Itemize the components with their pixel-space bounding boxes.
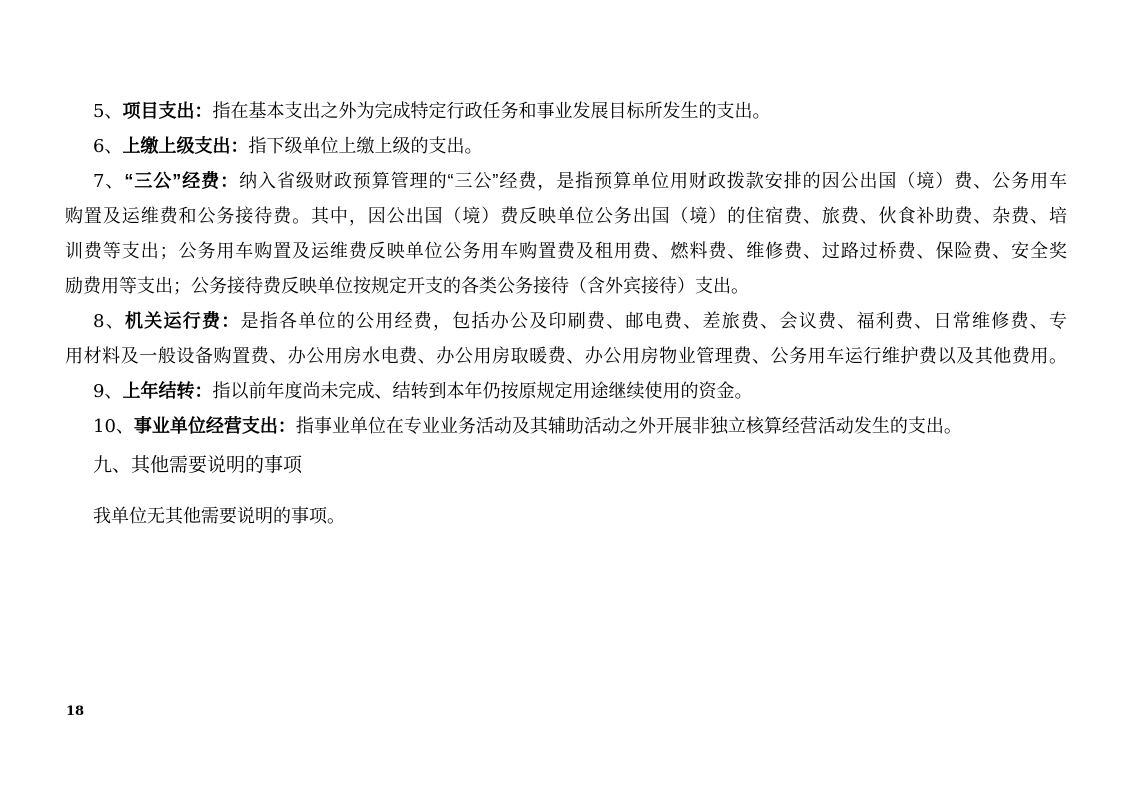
item-text-line: 用材料及一般设备购置费、办公用房水电费、办公用房取暖费、办公用房物业管理费、公务… bbox=[65, 339, 1067, 374]
item-definition-text: 是指各单位的公用经费，包括办公及印刷费、邮电费、差旅费、会议费、福利费、日常维修… bbox=[240, 311, 1067, 331]
item-term: 事业单位经营支出： bbox=[134, 416, 296, 436]
definition-item-9: 9、上年结转：指以前年度尚未完成、结转到本年仍按原规定用途继续使用的资金。 bbox=[65, 374, 1067, 409]
item-number: 6、 bbox=[93, 136, 122, 157]
section-heading: 九、其他需要说明的事项 bbox=[65, 448, 1067, 483]
page-number: 18 bbox=[66, 703, 84, 721]
item-term: “三公”经费： bbox=[124, 171, 239, 191]
definition-item-6: 6、上缴上级支出：指下级单位上缴上级的支出。 bbox=[65, 129, 1067, 164]
definition-item-8: 8、机关运行费：是指各单位的公用经费，包括办公及印刷费、邮电费、差旅费、会议费、… bbox=[65, 304, 1067, 374]
item-term: 上年结转： bbox=[122, 381, 212, 401]
document-content: 5、项目支出：指在基本支出之外为完成特定行政任务和事业发展目标所发生的支出。 6… bbox=[0, 0, 1122, 534]
item-definition-text: 指以前年度尚未完成、结转到本年仍按原规定用途继续使用的资金。 bbox=[212, 381, 752, 401]
item-first-line: 5、项目支出：指在基本支出之外为完成特定行政任务和事业发展目标所发生的支出。 bbox=[65, 94, 1067, 129]
definition-item-10: 10、事业单位经营支出：指事业单位在专业业务活动及其辅助活动之外开展非独立核算经… bbox=[65, 409, 1067, 444]
document-page: 5、项目支出：指在基本支出之外为完成特定行政任务和事业发展目标所发生的支出。 6… bbox=[0, 0, 1122, 793]
item-first-line: 6、上缴上级支出：指下级单位上缴上级的支出。 bbox=[65, 129, 1067, 164]
item-definition-text: 指下级单位上缴上级的支出。 bbox=[248, 136, 482, 156]
item-first-line: 9、上年结转：指以前年度尚未完成、结转到本年仍按原规定用途继续使用的资金。 bbox=[65, 374, 1067, 409]
item-definition-text: 纳入省级财政预算管理的“三公”经费，是指预算单位用财政拨款安排的因公出国（境）费… bbox=[239, 171, 1067, 191]
item-number: 8、 bbox=[93, 311, 125, 332]
definition-item-5: 5、项目支出：指在基本支出之外为完成特定行政任务和事业发展目标所发生的支出。 bbox=[65, 94, 1067, 129]
item-text-line: 购置及运维费和公务接待费。其中，因公出国（境）费反映单位公务出国（境）的住宿费、… bbox=[65, 199, 1067, 234]
definition-item-7: 7、“三公”经费：纳入省级财政预算管理的“三公”经费，是指预算单位用财政拨款安排… bbox=[65, 164, 1067, 304]
item-number: 7、 bbox=[93, 171, 124, 192]
item-definition-text: 指在基本支出之外为完成特定行政任务和事业发展目标所发生的支出。 bbox=[212, 101, 770, 121]
item-definition-text: 指事业单位在专业业务活动及其辅助活动之外开展非独立核算经营活动发生的支出。 bbox=[296, 416, 962, 436]
item-number: 10、 bbox=[93, 416, 134, 437]
item-term: 项目支出： bbox=[122, 101, 212, 121]
item-first-line: 8、机关运行费：是指各单位的公用经费，包括办公及印刷费、邮电费、差旅费、会议费、… bbox=[65, 304, 1067, 339]
item-text-line: 励费用等支出；公务接待费反映单位按规定开支的各类公务接待（含外宾接待）支出。 bbox=[65, 269, 1067, 304]
closing-paragraph: 我单位无其他需要说明的事项。 bbox=[65, 499, 1067, 534]
item-number: 9、 bbox=[93, 381, 122, 402]
item-first-line: 10、事业单位经营支出：指事业单位在专业业务活动及其辅助活动之外开展非独立核算经… bbox=[65, 409, 1067, 444]
item-first-line: 7、“三公”经费：纳入省级财政预算管理的“三公”经费，是指预算单位用财政拨款安排… bbox=[65, 164, 1067, 199]
item-term: 机关运行费： bbox=[125, 311, 241, 331]
item-term: 上缴上级支出： bbox=[122, 136, 248, 156]
item-number: 5、 bbox=[93, 101, 122, 122]
item-text-line: 训费等支出；公务用车购置及运维费反映单位公务用车购置费及租用费、燃料费、维修费、… bbox=[65, 234, 1067, 269]
